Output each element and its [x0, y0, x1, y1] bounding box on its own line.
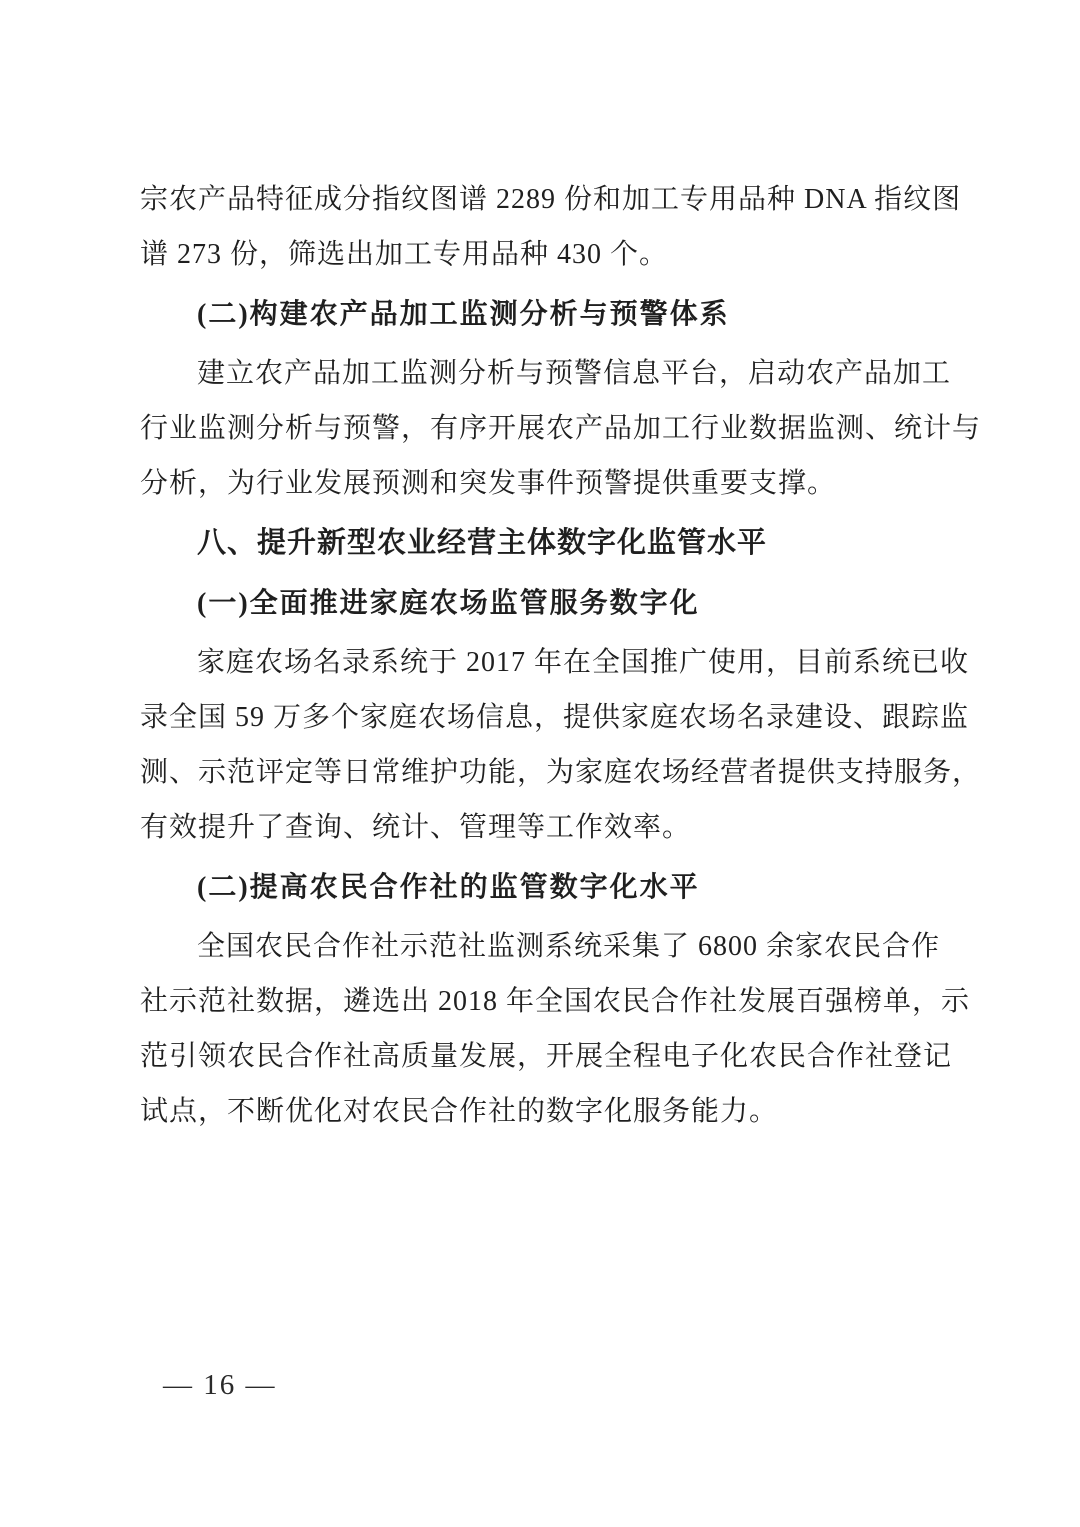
paragraph: 建立农产品加工监测分析与预警信息平台，启动农产品加工 行业监测分析与预警，有序开…: [140, 346, 952, 511]
document-page: 宗农产品特征成分指纹图谱 2289 份和加工专用品种 DNA 指纹图 谱 273…: [0, 0, 1080, 1527]
heading-line: 八、提升新型农业经营主体数字化监管水平: [140, 516, 952, 571]
paragraph: 全国农民合作社示范社监测系统采集了 6800 余家农民合作 社示范社数据，遴选出…: [140, 919, 952, 1139]
page-number: — 16 —: [163, 1358, 277, 1413]
subsection-heading: (二)提高农民合作社的监管数字化水平: [140, 860, 952, 915]
paragraph-continuation: 宗农产品特征成分指纹图谱 2289 份和加工专用品种 DNA 指纹图 谱 273…: [140, 172, 952, 282]
body-line: 行业监测分析与预警，有序开展农产品加工行业数据监测、统计与: [140, 401, 952, 456]
body-line: 录全国 59 万多个家庭农场信息，提供家庭农场名录建设、跟踪监: [140, 690, 952, 745]
chapter-heading: 八、提升新型农业经营主体数字化监管水平: [140, 516, 952, 571]
heading-line: (二)提高农民合作社的监管数字化水平: [140, 860, 952, 915]
body-line: 建立农产品加工监测分析与预警信息平台，启动农产品加工: [140, 346, 952, 401]
subsection-heading: (二)构建农产品加工监测分析与预警体系: [140, 287, 952, 342]
body-line: 家庭农场名录系统于 2017 年在全国推广使用，目前系统已收: [140, 635, 952, 690]
body-line: 谱 273 份，筛选出加工专用品种 430 个。: [140, 227, 952, 282]
body-line: 宗农产品特征成分指纹图谱 2289 份和加工专用品种 DNA 指纹图: [140, 172, 952, 227]
body-line: 社示范社数据，遴选出 2018 年全国农民合作社发展百强榜单，示: [140, 974, 952, 1029]
body-line: 测、示范评定等日常维护功能，为家庭农场经营者提供支持服务，: [140, 745, 952, 800]
body-line: 全国农民合作社示范社监测系统采集了 6800 余家农民合作: [140, 919, 952, 974]
paragraph: 家庭农场名录系统于 2017 年在全国推广使用，目前系统已收 录全国 59 万多…: [140, 635, 952, 855]
heading-line: (一)全面推进家庭农场监管服务数字化: [140, 576, 952, 631]
body-line: 分析，为行业发展预测和突发事件预警提供重要支撑。: [140, 456, 952, 511]
document-content: 宗农产品特征成分指纹图谱 2289 份和加工专用品种 DNA 指纹图 谱 273…: [140, 172, 952, 1139]
body-line: 有效提升了查询、统计、管理等工作效率。: [140, 800, 952, 855]
body-line: 范引领农民合作社高质量发展，开展全程电子化农民合作社登记: [140, 1029, 952, 1084]
heading-line: (二)构建农产品加工监测分析与预警体系: [140, 287, 952, 342]
subsection-heading: (一)全面推进家庭农场监管服务数字化: [140, 576, 952, 631]
body-line: 试点，不断优化对农民合作社的数字化服务能力。: [140, 1084, 952, 1139]
